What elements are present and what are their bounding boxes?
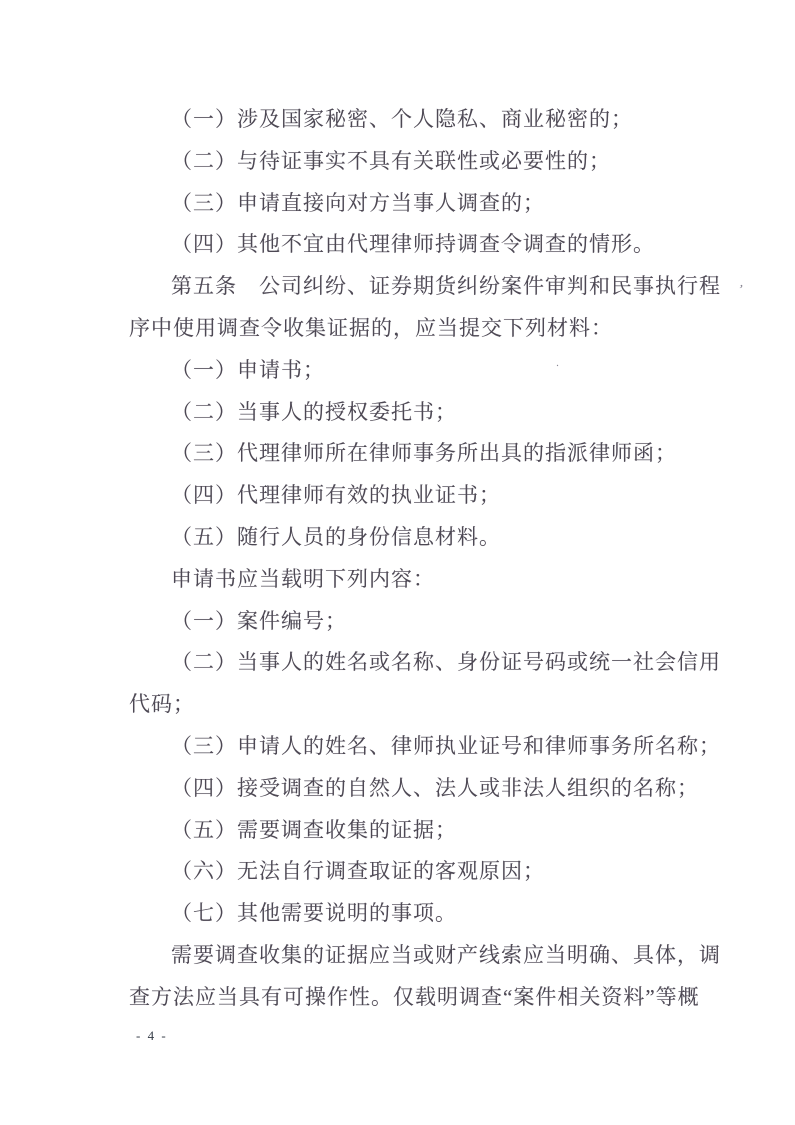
text-line: （一）申请书； — [129, 350, 717, 392]
text-line: 申请书应当载明下列内容： — [129, 559, 717, 601]
text-line: （三）申请直接向对方当事人调查的； — [129, 183, 717, 225]
text-line-article-5: 第五条 公司纠纷、证券期货纠纷案件审判和民事执行程 — [129, 266, 717, 308]
text-line: （二）与待证事实不具有关联性或必要性的； — [129, 141, 717, 183]
document-body: （一）涉及国家秘密、个人隐私、商业秘密的； （二）与待证事实不具有关联性或必要性… — [129, 99, 717, 1019]
page-number: - 4 - — [136, 1028, 168, 1044]
text-line: （六）无法自行调查取证的客观原因； — [129, 851, 717, 893]
text-line: （一）案件编号； — [129, 601, 717, 643]
text-line: 需要调查收集的证据应当或财产线索应当明确、具体，调 — [129, 935, 717, 977]
text-line: （五）需要调查收集的证据； — [129, 810, 717, 852]
text-line: （五）随行人员的身份信息材料。 — [129, 517, 717, 559]
text-line: （二）当事人的授权委托书； — [129, 392, 717, 434]
scanned-document-page: （一）涉及国家秘密、个人隐私、商业秘密的； （二）与待证事实不具有关联性或必要性… — [0, 0, 795, 1125]
text-line: （二）当事人的姓名或名称、身份证号码或统一社会信用 — [129, 642, 717, 684]
text-line: （三）代理律师所在律师事务所出具的指派律师函； — [129, 433, 717, 475]
text-line: 查方法应当具有可操作性。仅载明调查“案件相关资料”等概 — [129, 977, 717, 1019]
text-line: （三）申请人的姓名、律师执业证号和律师事务所名称； — [129, 726, 717, 768]
text-line: （一）涉及国家秘密、个人隐私、商业秘密的； — [129, 99, 717, 141]
text-line: 代码； — [129, 684, 717, 726]
text-line: （四）代理律师有效的执业证书； — [129, 475, 717, 517]
text-line: （四）接受调查的自然人、法人或非法人组织的名称； — [129, 768, 717, 810]
text-line: （四）其他不宜由代理律师持调查令调查的情形。 — [129, 224, 717, 266]
text-line: （七）其他需要说明的事项。 — [129, 893, 717, 935]
text-line: 序中使用调查令收集证据的，应当提交下列材料： — [129, 308, 717, 350]
scan-artifact-mark: ’ — [736, 283, 744, 300]
